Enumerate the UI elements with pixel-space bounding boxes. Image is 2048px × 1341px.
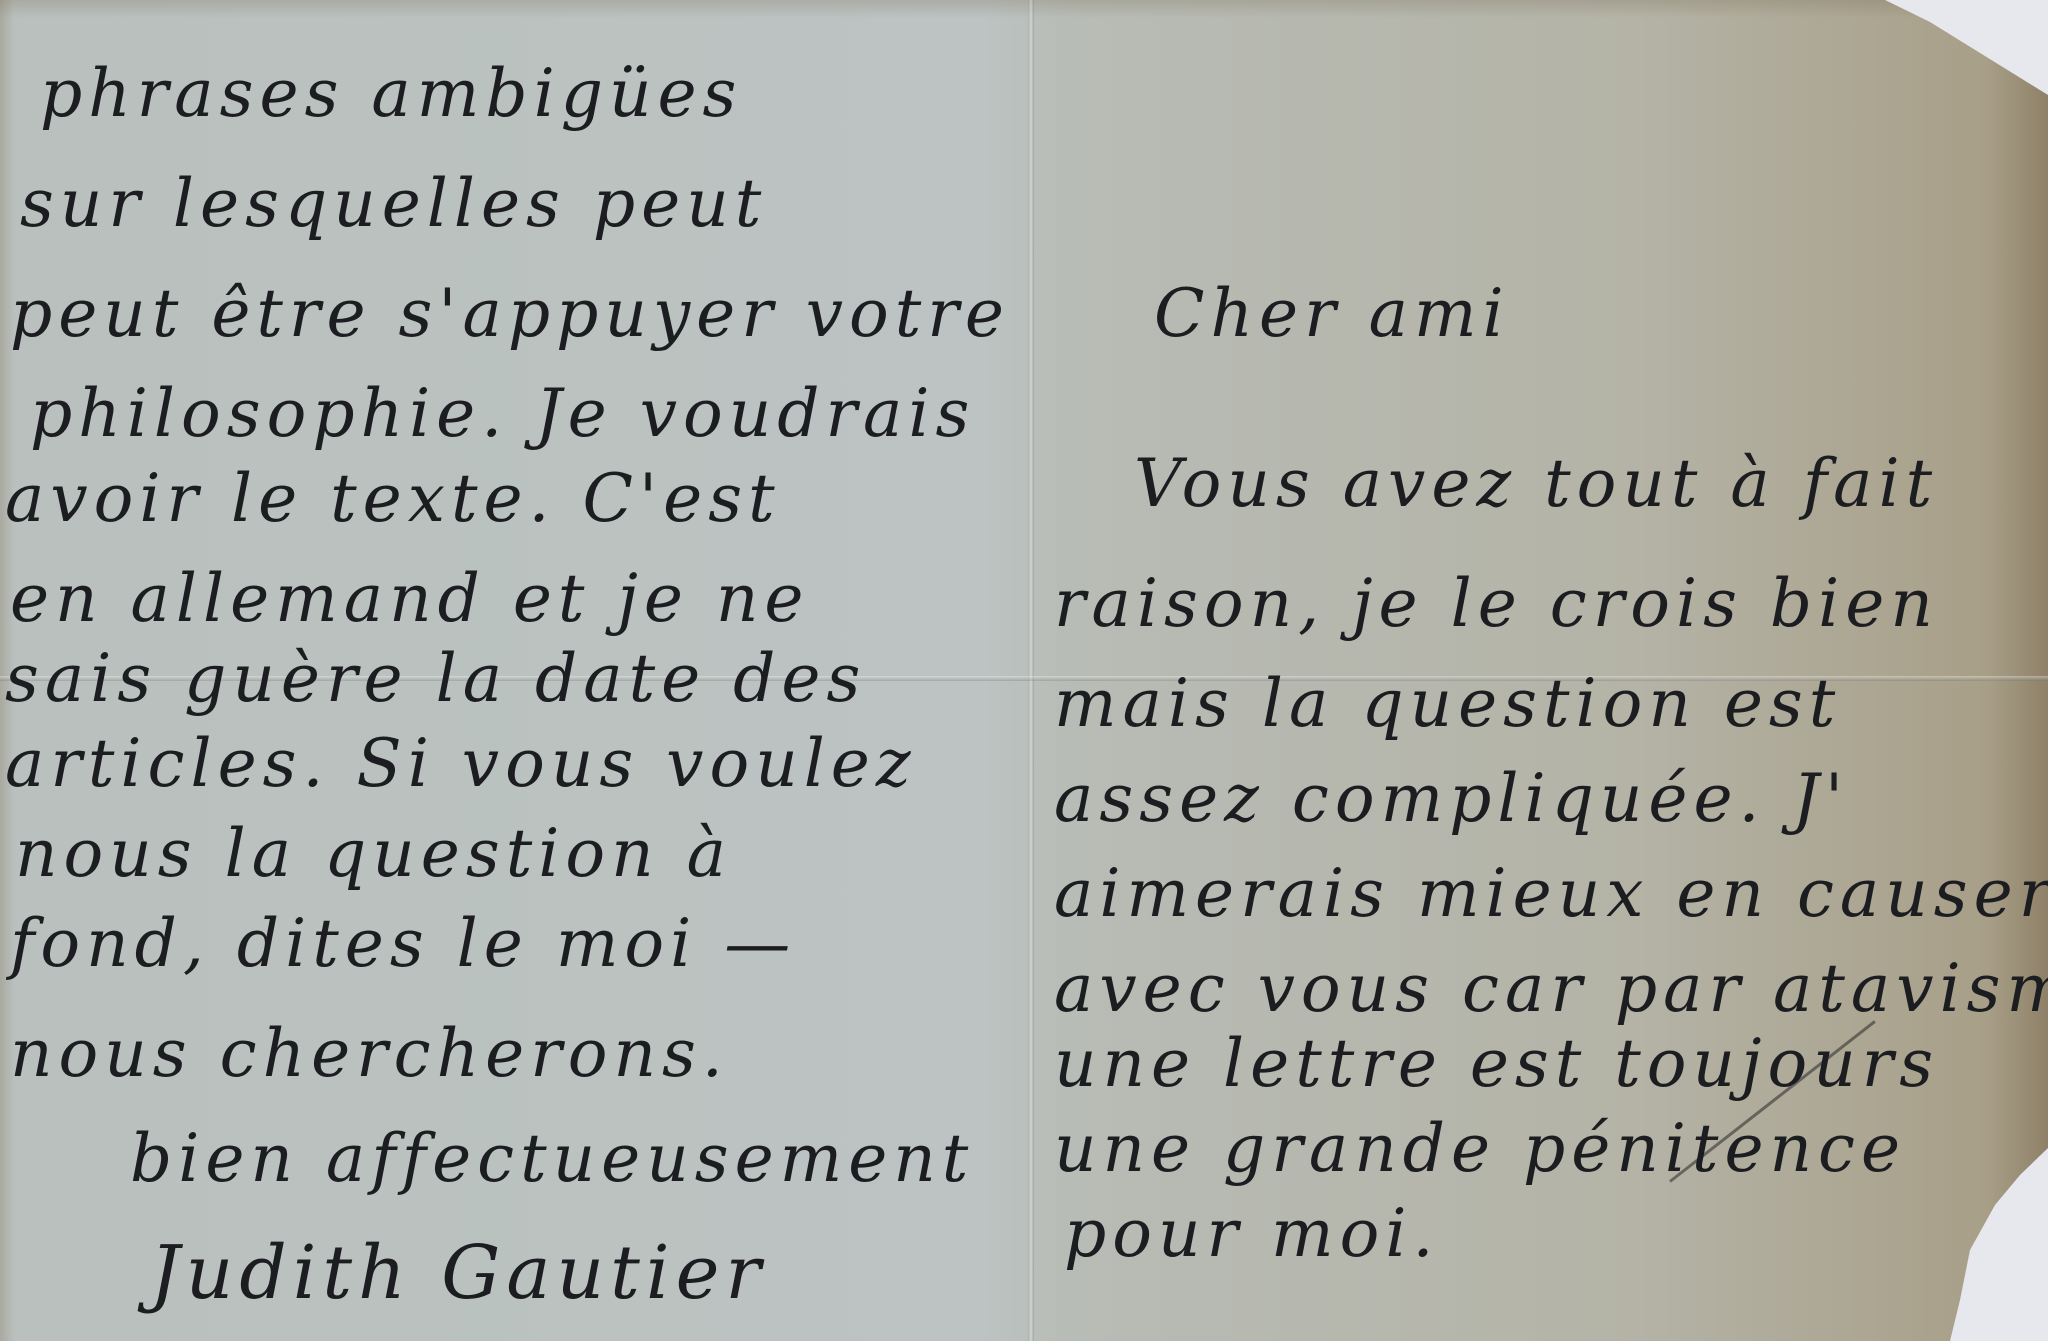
letter-line: peut être s'appuyer votre	[10, 275, 1010, 352]
letter-line: une lettre est toujours	[1054, 1025, 1939, 1102]
letter-line: pour moi.	[1064, 1195, 1439, 1272]
letter-line: mais la question est	[1054, 665, 1841, 742]
right-page: Cher ami Vous avez tout à fait raison, j…	[1034, 0, 2048, 1341]
letter-line: avoir le texte. C'est	[5, 460, 781, 537]
salutation: Cher ami	[1154, 275, 1510, 352]
letter-line: philosophie. Je voudrais	[30, 375, 975, 452]
letter-line: avec vous car par atavisme	[1054, 950, 2048, 1027]
letter-line: sais guère la date des	[5, 640, 866, 717]
letter-line: en allemand et je ne	[10, 560, 809, 637]
letter-line: fond, dites le moi —	[10, 905, 796, 982]
left-page: phrases ambigües sur lesquelles peut peu…	[0, 0, 1028, 1341]
letter-line: nous la question à	[15, 815, 732, 892]
letter-line: assez compliquée. J'	[1054, 760, 1849, 837]
letter-line: aimerais mieux en causer	[1054, 855, 2048, 932]
signature: Judith Gautier	[150, 1230, 767, 1316]
closing: bien affectueusement	[130, 1120, 974, 1197]
letter-line: une grande pénitence	[1054, 1110, 1906, 1187]
letter-line: raison, je le crois bien	[1054, 565, 1939, 642]
letter-line: sur lesquelles peut	[20, 165, 767, 242]
letter-line: Vous avez tout à fait	[1134, 445, 1938, 522]
letter-line: articles. Si vous voulez	[5, 725, 917, 802]
letter-line: phrases ambigües	[40, 55, 742, 132]
letter-line: nous chercherons.	[10, 1015, 729, 1092]
